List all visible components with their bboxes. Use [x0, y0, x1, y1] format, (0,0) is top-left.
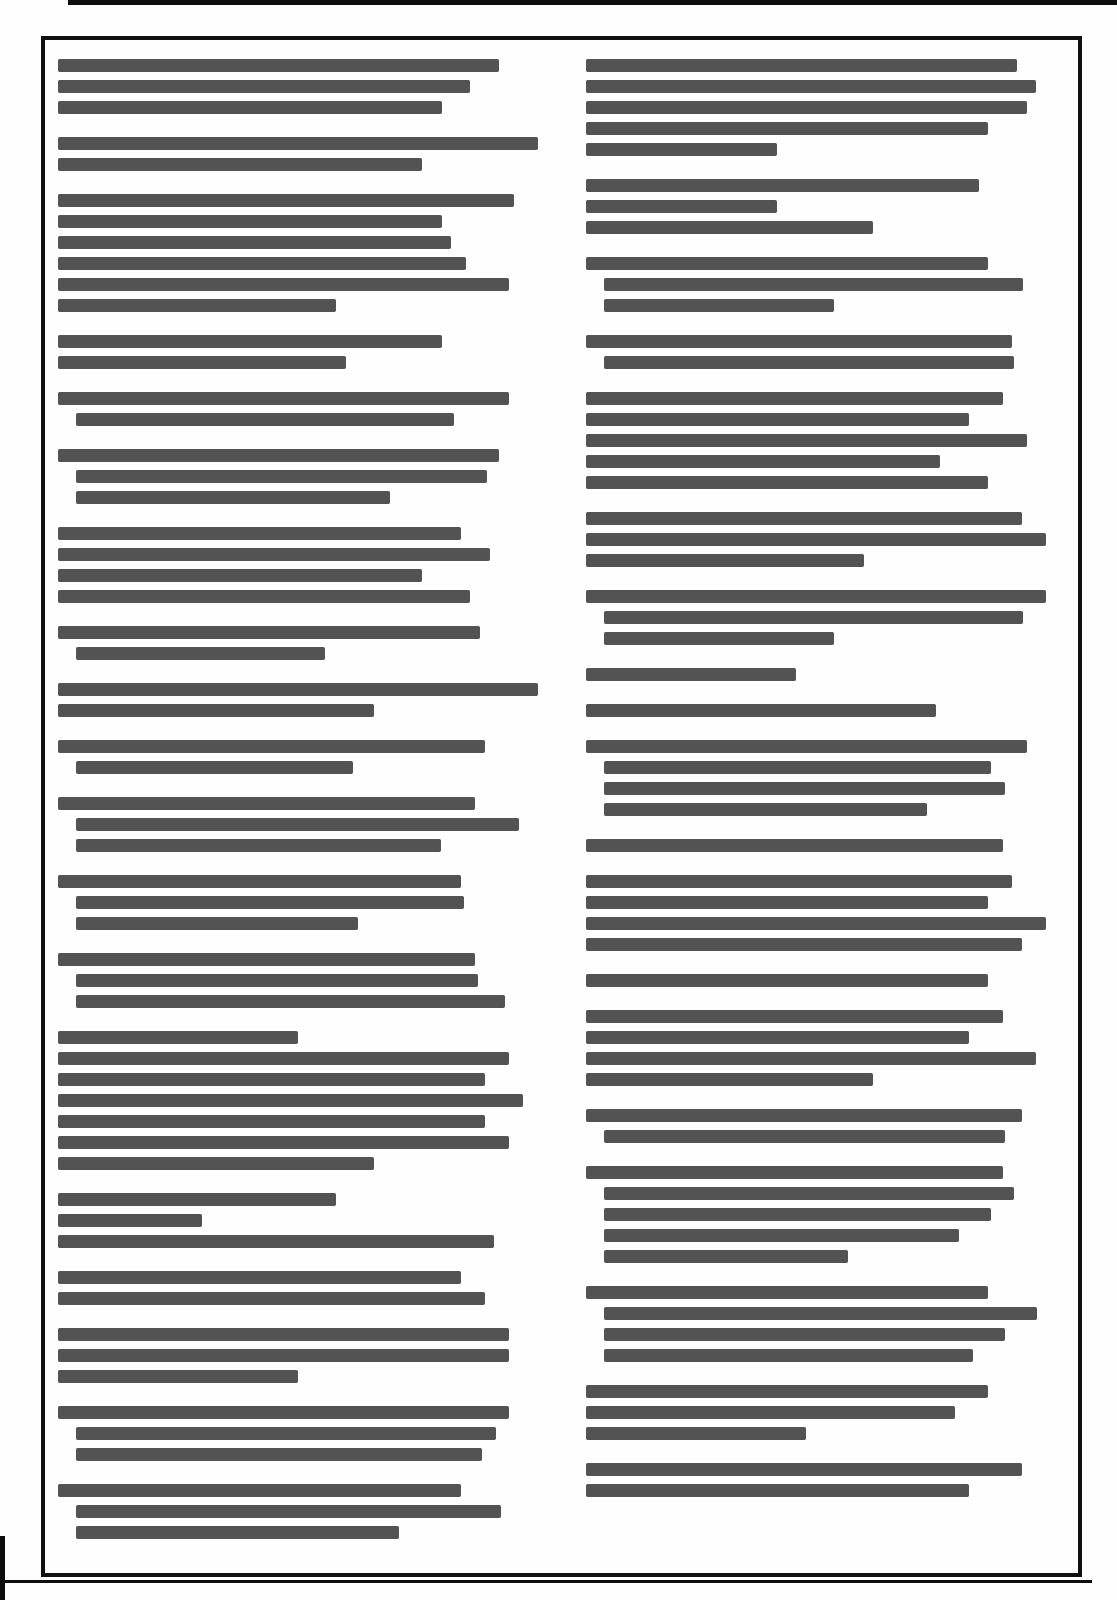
text-line — [586, 1048, 1066, 1069]
redacted-text-bar — [58, 1193, 336, 1206]
paragraph — [586, 736, 1066, 820]
redacted-text-bar — [76, 839, 441, 852]
text-line — [58, 814, 538, 835]
text-line — [58, 211, 538, 232]
redacted-text-bar — [586, 200, 778, 213]
paragraph — [586, 1006, 1066, 1090]
text-line — [586, 1204, 1066, 1225]
paragraph — [586, 253, 1066, 316]
text-line — [586, 1105, 1066, 1126]
text-line — [586, 871, 1066, 892]
scanned-page: The original page text is sexually expli… — [0, 0, 1117, 1600]
text-line — [58, 643, 538, 664]
text-line — [58, 190, 538, 211]
text-line — [58, 700, 538, 721]
text-line — [586, 1303, 1066, 1324]
redacted-text-bar — [604, 299, 835, 312]
paragraph — [58, 1402, 538, 1465]
redacted-text-bar — [58, 1406, 509, 1419]
text-line — [586, 1069, 1066, 1090]
text-line — [586, 736, 1066, 757]
text-line — [58, 544, 538, 565]
text-line — [58, 679, 538, 700]
redacted-text-bar — [76, 1448, 482, 1461]
text-line — [58, 892, 538, 913]
redacted-text-bar — [58, 1328, 509, 1341]
text-line — [58, 736, 538, 757]
redacted-text-bar — [58, 392, 509, 405]
text-line — [586, 757, 1066, 778]
text-line — [586, 1282, 1066, 1303]
text-line — [586, 1246, 1066, 1267]
paragraph — [586, 835, 1066, 856]
redacted-text-bar — [586, 143, 778, 156]
redacted-text-bar — [586, 917, 1046, 930]
redacted-text-bar — [58, 236, 451, 249]
text-line — [58, 1444, 538, 1465]
text-line — [58, 274, 538, 295]
redacted-text-bar — [58, 683, 538, 696]
text-line — [586, 430, 1066, 451]
redaction-note: The original page text is sexually expli… — [0, 0, 1, 1]
redacted-text-bar — [76, 974, 478, 987]
redacted-text-bar — [58, 527, 461, 540]
text-column-right — [586, 55, 1066, 1558]
redacted-text-bar — [58, 1292, 485, 1305]
redacted-text-bar — [604, 356, 1015, 369]
redacted-text-bar — [58, 356, 346, 369]
text-line — [58, 1345, 538, 1366]
redacted-text-bar — [58, 59, 499, 72]
redacted-text-bar — [586, 740, 1027, 753]
redacted-text-bar — [58, 1052, 509, 1065]
text-line — [58, 1090, 538, 1111]
text-line — [586, 352, 1066, 373]
redacted-text-bar — [58, 953, 475, 966]
redacted-text-bar — [76, 995, 505, 1008]
redacted-text-bar — [586, 533, 1046, 546]
redacted-text-bar — [586, 392, 1003, 405]
paragraph — [58, 331, 538, 373]
text-line — [58, 835, 538, 856]
text-line — [58, 1153, 538, 1174]
text-line — [58, 523, 538, 544]
scan-edge-artifact-top — [68, 0, 1117, 5]
text-line — [586, 217, 1066, 238]
redacted-text-bar — [586, 1463, 1022, 1476]
text-line — [58, 1111, 538, 1132]
text-line — [586, 274, 1066, 295]
text-line — [58, 388, 538, 409]
paragraph — [586, 700, 1066, 721]
redacted-text-bar — [604, 782, 1006, 795]
redacted-text-bar — [586, 476, 989, 489]
redacted-text-bar — [604, 1187, 1015, 1200]
paragraph — [586, 388, 1066, 493]
redacted-text-bar — [76, 1427, 496, 1440]
redacted-text-bar — [586, 668, 797, 681]
redacted-text-bar — [76, 470, 487, 483]
redacted-text-bar — [604, 1229, 959, 1242]
text-line — [586, 331, 1066, 352]
text-line — [586, 76, 1066, 97]
text-line — [58, 1027, 538, 1048]
redacted-text-bar — [58, 215, 442, 228]
scan-edge-artifact-bottom — [0, 1580, 1092, 1583]
text-line — [586, 628, 1066, 649]
redacted-text-bar — [586, 335, 1013, 348]
redacted-text-bar — [58, 278, 509, 291]
redacted-text-bar — [58, 80, 470, 93]
text-line — [586, 799, 1066, 820]
redacted-text-bar — [586, 455, 941, 468]
text-line — [586, 409, 1066, 430]
redacted-text-bar — [604, 1307, 1038, 1320]
text-line — [586, 664, 1066, 685]
redacted-text-bar — [58, 626, 480, 639]
text-line — [586, 778, 1066, 799]
text-line — [586, 1423, 1066, 1444]
text-line — [586, 529, 1066, 550]
paragraph — [58, 949, 538, 1012]
text-line — [58, 1048, 538, 1069]
redacted-text-bar — [586, 875, 1013, 888]
paragraph — [58, 1324, 538, 1387]
text-line — [58, 154, 538, 175]
paragraph — [586, 175, 1066, 238]
redacted-text-bar — [586, 1073, 874, 1086]
redacted-text-bar — [586, 1427, 807, 1440]
redacted-text-bar — [58, 449, 499, 462]
text-line — [58, 793, 538, 814]
redacted-text-bar — [76, 896, 464, 909]
text-line — [586, 196, 1066, 217]
redacted-text-bar — [58, 1031, 298, 1044]
text-line — [58, 757, 538, 778]
text-line — [586, 1162, 1066, 1183]
text-line — [586, 451, 1066, 472]
redacted-text-bar — [58, 548, 490, 561]
redacted-text-bar — [76, 917, 358, 930]
text-line — [58, 1402, 538, 1423]
redacted-text-bar — [58, 257, 466, 270]
paragraph — [58, 1267, 538, 1309]
text-line — [586, 586, 1066, 607]
redacted-text-bar — [58, 1370, 298, 1383]
redacted-text-bar — [586, 221, 874, 234]
text-body — [58, 55, 1065, 1558]
text-line — [586, 118, 1066, 139]
redacted-text-bar — [586, 1109, 1022, 1122]
redacted-text-bar — [586, 1166, 1003, 1179]
redacted-text-bar — [58, 1235, 494, 1248]
text-line — [586, 1402, 1066, 1423]
redacted-text-bar — [586, 1385, 989, 1398]
redacted-text-bar — [586, 122, 989, 135]
redacted-text-bar — [604, 632, 835, 645]
redacted-text-bar — [58, 875, 461, 888]
text-line — [586, 1381, 1066, 1402]
text-line — [586, 175, 1066, 196]
redacted-text-bar — [58, 1349, 509, 1362]
text-line — [58, 466, 538, 487]
redacted-text-bar — [58, 1484, 461, 1497]
text-line — [58, 1522, 538, 1543]
paragraph — [58, 1480, 538, 1543]
redacted-text-bar — [58, 1094, 523, 1107]
redacted-text-bar — [586, 590, 1046, 603]
text-line — [58, 232, 538, 253]
paragraph — [586, 1459, 1066, 1501]
text-line — [586, 1345, 1066, 1366]
text-line — [58, 76, 538, 97]
text-line — [586, 1183, 1066, 1204]
paragraph — [58, 1189, 538, 1252]
text-line — [586, 913, 1066, 934]
redacted-text-bar — [76, 818, 519, 831]
text-line — [58, 133, 538, 154]
paragraph — [586, 871, 1066, 955]
text-line — [586, 253, 1066, 274]
text-line — [58, 970, 538, 991]
text-line — [586, 700, 1066, 721]
redacted-text-bar — [604, 1328, 1006, 1341]
paragraph — [586, 1162, 1066, 1267]
redacted-text-bar — [604, 1349, 973, 1362]
text-line — [58, 487, 538, 508]
paragraph — [586, 1282, 1066, 1366]
redacted-text-bar — [58, 590, 470, 603]
redacted-text-bar — [586, 413, 970, 426]
paragraph — [58, 622, 538, 664]
redacted-text-bar — [604, 278, 1024, 291]
redacted-text-bar — [58, 299, 336, 312]
paragraph — [58, 871, 538, 934]
redacted-text-bar — [586, 59, 1018, 72]
redacted-text-bar — [586, 1406, 955, 1419]
text-line — [586, 1459, 1066, 1480]
redacted-text-bar — [58, 569, 422, 582]
redacted-text-bar — [58, 101, 442, 114]
redacted-text-bar — [58, 194, 514, 207]
text-line — [586, 892, 1066, 913]
redacted-text-bar — [58, 740, 485, 753]
text-line — [58, 253, 538, 274]
redacted-text-bar — [76, 413, 454, 426]
page-border-frame — [41, 36, 1082, 1577]
redacted-text-bar — [76, 1526, 399, 1539]
text-line — [58, 55, 538, 76]
redacted-text-bar — [586, 101, 1027, 114]
text-line — [586, 1225, 1066, 1246]
paragraph — [58, 190, 538, 316]
text-line — [586, 139, 1066, 160]
paragraph — [586, 508, 1066, 571]
redacted-text-bar — [76, 647, 325, 660]
text-line — [58, 565, 538, 586]
redacted-text-bar — [586, 974, 989, 987]
redacted-text-bar — [58, 1271, 461, 1284]
redacted-text-bar — [76, 1505, 501, 1518]
paragraph — [58, 523, 538, 607]
redacted-text-bar — [586, 257, 989, 270]
text-line — [586, 1027, 1066, 1048]
paragraph — [586, 55, 1066, 160]
text-column-left — [58, 55, 538, 1558]
text-line — [58, 1288, 538, 1309]
text-line — [586, 607, 1066, 628]
redacted-text-bar — [58, 1157, 374, 1170]
redacted-text-bar — [604, 1130, 1006, 1143]
paragraph — [586, 970, 1066, 991]
text-line — [58, 1423, 538, 1444]
text-line — [586, 1126, 1066, 1147]
text-line — [58, 1366, 538, 1387]
redacted-text-bar — [76, 491, 390, 504]
redacted-text-bar — [586, 1484, 970, 1497]
redacted-text-bar — [586, 1052, 1037, 1065]
text-line — [58, 1324, 538, 1345]
text-line — [58, 409, 538, 430]
redacted-text-bar — [586, 1286, 989, 1299]
redacted-text-bar — [586, 1010, 1003, 1023]
redacted-text-bar — [604, 1208, 992, 1221]
redacted-text-bar — [58, 137, 538, 150]
redacted-text-bar — [604, 803, 927, 816]
text-line — [58, 991, 538, 1012]
paragraph — [58, 793, 538, 856]
text-line — [586, 550, 1066, 571]
redacted-text-bar — [586, 80, 1037, 93]
text-line — [58, 1480, 538, 1501]
redacted-text-bar — [76, 761, 353, 774]
paragraph — [58, 55, 538, 118]
redacted-text-bar — [586, 512, 1022, 525]
redacted-text-bar — [58, 1136, 509, 1149]
text-line — [58, 949, 538, 970]
text-line — [58, 622, 538, 643]
text-line — [586, 295, 1066, 316]
paragraph — [586, 664, 1066, 685]
redacted-text-bar — [58, 704, 374, 717]
text-line — [58, 445, 538, 466]
text-line — [586, 472, 1066, 493]
redacted-text-bar — [604, 1250, 849, 1263]
text-line — [586, 835, 1066, 856]
redacted-text-bar — [586, 434, 1027, 447]
text-line — [58, 1231, 538, 1252]
text-line — [58, 1069, 538, 1090]
paragraph — [58, 388, 538, 430]
text-line — [586, 97, 1066, 118]
paragraph — [58, 736, 538, 778]
redacted-text-bar — [586, 839, 1003, 852]
paragraph — [58, 133, 538, 175]
paragraph — [586, 331, 1066, 373]
scan-edge-artifact-left — [0, 1536, 5, 1600]
redacted-text-bar — [58, 335, 442, 348]
text-line — [58, 871, 538, 892]
redacted-text-bar — [586, 1031, 970, 1044]
redacted-text-bar — [586, 179, 979, 192]
redacted-text-bar — [586, 554, 864, 567]
redacted-text-bar — [58, 1115, 485, 1128]
text-line — [58, 295, 538, 316]
paragraph — [586, 586, 1066, 649]
text-line — [58, 586, 538, 607]
redacted-text-bar — [604, 761, 992, 774]
redacted-text-bar — [58, 797, 475, 810]
paragraph — [586, 1105, 1066, 1147]
redacted-text-bar — [58, 1214, 202, 1227]
text-line — [58, 1501, 538, 1522]
redacted-text-bar — [58, 1073, 485, 1086]
text-line — [58, 1189, 538, 1210]
text-line — [586, 55, 1066, 76]
text-line — [58, 97, 538, 118]
text-line — [586, 934, 1066, 955]
text-line — [586, 1324, 1066, 1345]
text-line — [58, 1210, 538, 1231]
text-line — [586, 1480, 1066, 1501]
paragraph — [58, 445, 538, 508]
text-line — [586, 970, 1066, 991]
text-line — [58, 352, 538, 373]
text-line — [586, 1006, 1066, 1027]
paragraph — [58, 1027, 538, 1174]
redacted-text-bar — [586, 704, 936, 717]
redacted-text-bar — [58, 158, 422, 171]
text-line — [58, 1132, 538, 1153]
redacted-text-bar — [586, 938, 1022, 951]
text-line — [58, 1267, 538, 1288]
text-line — [586, 388, 1066, 409]
paragraph — [58, 679, 538, 721]
text-line — [58, 331, 538, 352]
paragraph — [586, 1381, 1066, 1444]
redacted-text-bar — [586, 896, 989, 909]
text-line — [58, 913, 538, 934]
text-line — [586, 508, 1066, 529]
redacted-text-bar — [604, 611, 1024, 624]
